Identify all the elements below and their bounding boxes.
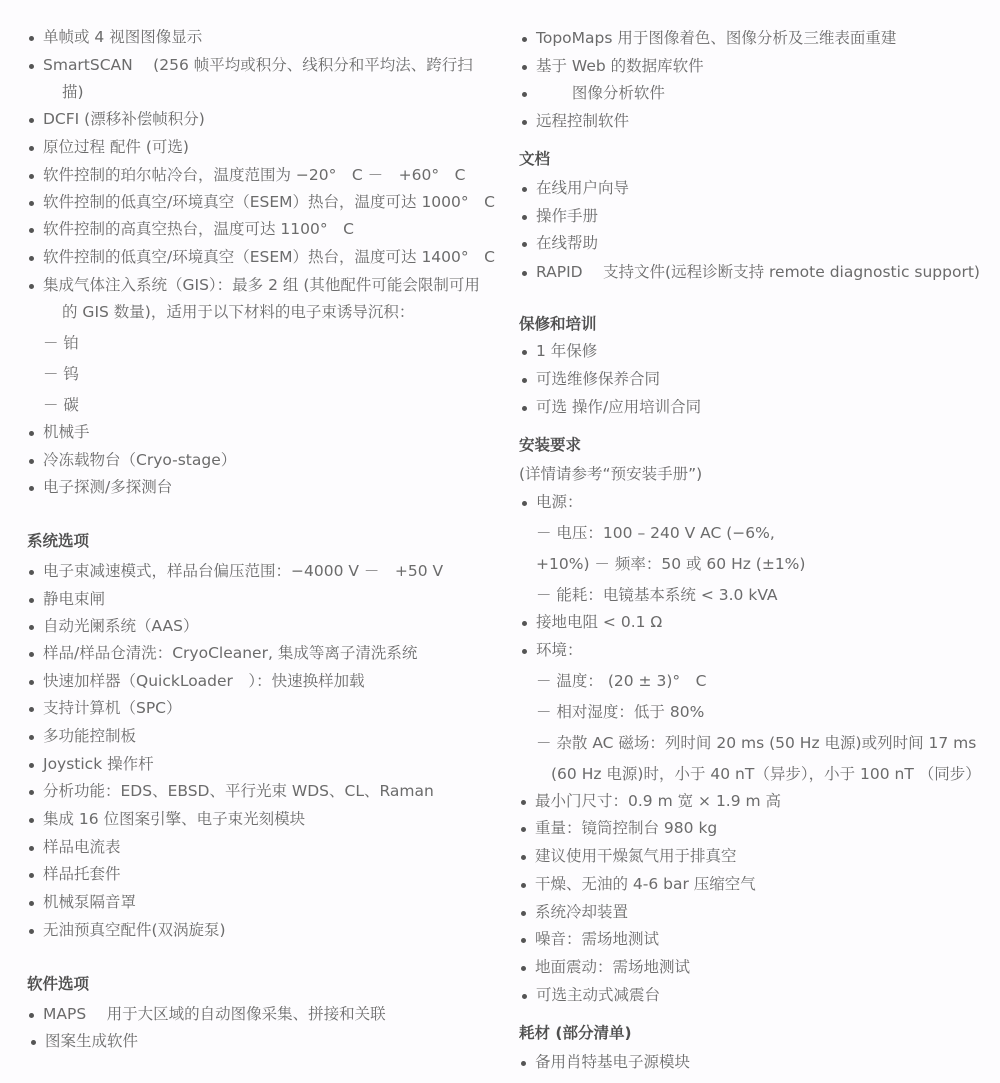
list-item: 单帧或 4 视图图像显示 <box>43 26 202 48</box>
list-item: 支持计算机（SPC） <box>43 697 182 719</box>
list-item: 快速加样器（QuickLoader ）：快速换样加载 <box>43 670 365 692</box>
section-heading-installation: 安装要求 <box>519 434 581 456</box>
sub-item: － 碳 <box>43 394 79 416</box>
installation-note: (详情请参考“预安装手册”) <box>519 463 702 485</box>
list-item: 样品/样品仓清洗：CryoCleaner, 集成等离子清洗系统 <box>43 642 417 664</box>
sub-item: － 杂散 AC 磁场：列时间 20 ms (50 Hz 电源)或列时间 17 m… <box>536 732 976 754</box>
list-item: 环境： <box>536 639 583 661</box>
list-item: 多功能控制板 <box>43 725 136 747</box>
section-heading-warranty: 保修和培训 <box>519 313 597 335</box>
list-item: Joystick 操作杆 <box>43 753 154 775</box>
list-item: 在线用户向导 <box>536 177 629 199</box>
section-heading-software-options: 软件选项 <box>27 973 89 995</box>
list-item: 最小门尺寸：0.9 m 宽 × 1.9 m 高 <box>535 790 781 812</box>
list-item: 1 年保修 <box>536 340 597 362</box>
list-item: 地面震动：需场地测试 <box>535 956 690 978</box>
list-item: 机械泵隔音罩 <box>43 891 136 913</box>
sub-item: － 温度： (20 ± 3)° C <box>536 670 706 692</box>
list-item: 基于 Web 的数据库软件 <box>536 55 704 77</box>
list-item: 静电束闸 <box>43 588 105 610</box>
list-item: 在线帮助 <box>536 232 598 254</box>
list-item: 样品电流表 <box>43 836 121 858</box>
list-item: 电子束减速模式，样品台偏压范围：−4000 V － +50 V <box>43 560 443 582</box>
list-item: 干燥、无油的 4-6 bar 压缩空气 <box>535 873 756 895</box>
list-item: 建议使用干燥氮气用于排真空 <box>535 845 737 867</box>
list-item: 接地电阻 < 0.1 Ω <box>536 611 662 633</box>
sub-item: － 相对湿度：低于 80% <box>536 701 704 723</box>
list-item: TopoMaps 用于图像着色、图像分析及三维表面重建 <box>536 27 896 49</box>
list-item-continuation: 的 GIS 数量)，适用于以下材料的电子束诱导沉积： <box>62 301 414 323</box>
list-item: DCFI (漂移补偿帧积分) <box>43 108 205 130</box>
sub-item: － 钨 <box>43 363 79 385</box>
list-item: 无油预真空配件(双涡旋泵) <box>43 919 226 941</box>
list-item: 集成气体注入系统（GIS）：最多 2 组 (其他配件可能会限制可用 <box>43 274 480 296</box>
list-item: 操作手册 <box>536 205 598 227</box>
list-item: 机械手 <box>43 421 90 443</box>
list-item: 样品托套件 <box>43 863 121 885</box>
sub-item-continuation: (60 Hz 电源)时，小于 40 nT（异步），小于 100 nT （同步） <box>551 763 981 785</box>
sub-item: － 电压：100 – 240 V AC (−6%, <box>536 522 775 544</box>
list-item-continuation: 描) <box>62 81 84 103</box>
list-item: 电源： <box>536 491 583 513</box>
list-item: 软件控制的低真空/环境真空（ESEM）热台，温度可达 1400° C <box>43 246 495 268</box>
list-item: 图像分析软件 <box>536 82 665 104</box>
list-item: 原位过程 配件 (可选) <box>43 136 189 158</box>
list-item: 系统冷却装置 <box>535 901 628 923</box>
section-heading-consumables: 耗材 (部分清单) <box>519 1022 632 1044</box>
list-item: 软件控制的低真空/环境真空（ESEM）热台，温度可达 1000° C <box>43 191 495 213</box>
list-item: SmartSCAN (256 帧平均或积分、线积分和平均法、跨行扫 <box>43 54 473 76</box>
sub-item-continuation: +10%) － 频率：50 或 60 Hz (±1%) <box>536 553 805 575</box>
list-item: 软件控制的珀尔帖冷台，温度范围为 −20° C － +60° C <box>43 164 465 186</box>
list-item: 噪音：需场地测试 <box>535 928 659 950</box>
sub-item: － 铂 <box>43 332 79 354</box>
list-item: 冷冻载物台（Cryo-stage） <box>43 449 236 471</box>
sub-item: － 能耗：电镜基本系统 < 3.0 kVA <box>536 584 778 606</box>
list-item: 自动光阑系统（AAS） <box>43 615 198 637</box>
list-item: 可选 操作/应用培训合同 <box>536 396 701 418</box>
list-item: MAPS 用于大区域的自动图像采集、拼接和关联 <box>43 1003 386 1025</box>
list-item: RAPID 支持文件(远程诊断支持 remote diagnostic supp… <box>536 261 980 283</box>
list-item: 电子探测/多探测台 <box>43 476 172 498</box>
list-item: 可选主动式减震台 <box>536 984 660 1006</box>
list-item: 分析功能：EDS、EBSD、平行光束 WDS、CL、Raman <box>43 780 434 802</box>
list-item: 备用肖特基电子源模块 <box>535 1051 690 1073</box>
list-item: 软件控制的高真空热台，温度可达 1100° C <box>43 218 354 240</box>
list-item: 可选维修保养合同 <box>536 368 660 390</box>
list-item: 重量：镜筒控制台 980 kg <box>535 817 717 839</box>
list-item: 集成 16 位图案引擎、电子束光刻模块 <box>43 808 305 830</box>
section-heading-documentation: 文档 <box>519 148 550 170</box>
list-item: 远程控制软件 <box>536 110 629 132</box>
section-heading-system-options: 系统选项 <box>27 530 89 552</box>
list-item: 图案生成软件 <box>45 1030 138 1052</box>
